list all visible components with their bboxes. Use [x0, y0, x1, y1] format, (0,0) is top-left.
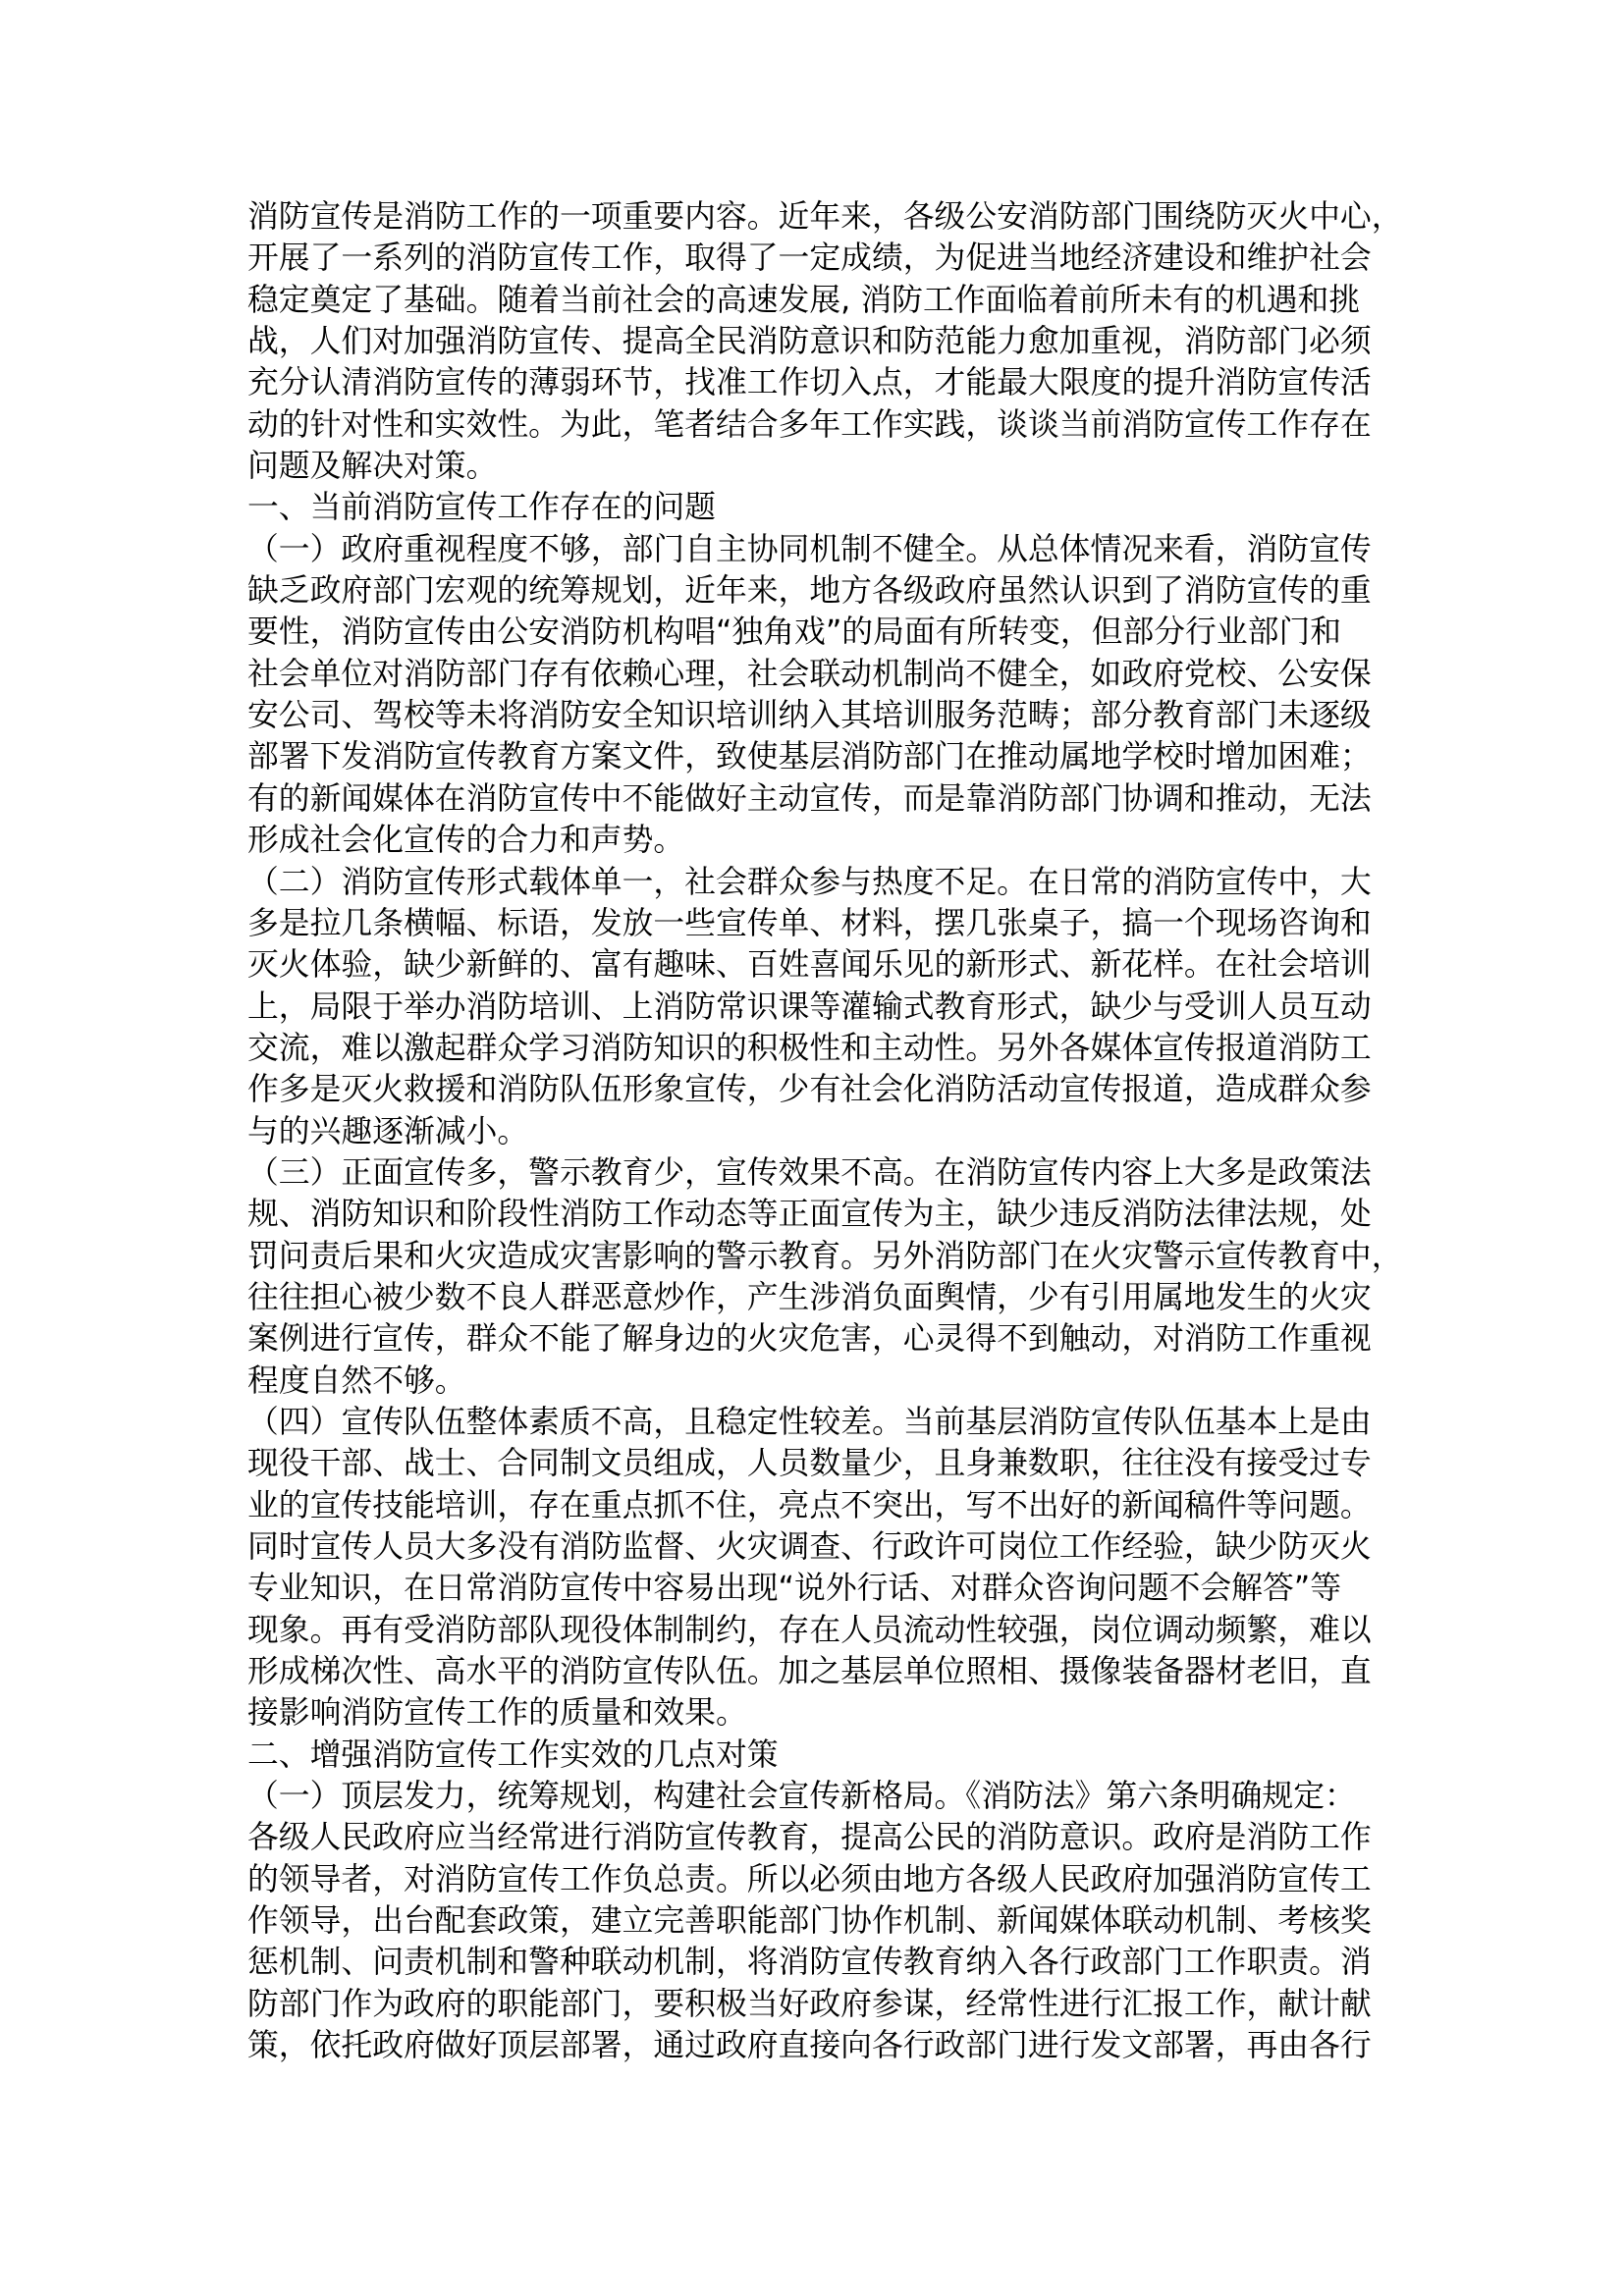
text-line: 与的兴趣逐渐减小。: [247, 1111, 1406, 1152]
document-page: 消防宣传是消防工作的一项重要内容。近年来，各级公安消防部门围绕防灭火中心， 开展…: [0, 0, 1624, 2296]
text-line: 有的新闻媒体在消防宣传中不能做好主动宣传，而是靠消防部门协调和推动，无法: [247, 778, 1406, 820]
text-line: 问题及解决对策。: [247, 446, 1406, 487]
text-line: 接影响消防宣传工作的质量和效果。: [247, 1692, 1406, 1734]
text-line: 形成梯次性、高水平的消防宣传队伍。加之基层单位照相、摄像装备器材老旧，直: [247, 1651, 1406, 1692]
text-line: 安公司、驾校等未将消防安全知识培训纳入其培训服务范畴；部分教育部门未逐级: [247, 695, 1406, 736]
text-line: 防部门作为政府的职能部门，要积极当好政府参谋，经常性进行汇报工作，献计献: [247, 1984, 1406, 2025]
text-line: 上，局限于举办消防培训、上消防常识课等灌输式教育形式，缺少与受训人员互动: [247, 987, 1406, 1028]
text-line: 缺乏政府部门宏观的统筹规划，近年来，地方各级政府虽然认识到了消防宣传的重: [247, 570, 1406, 612]
section-heading-1: 一、当前消防宣传工作存在的问题: [247, 487, 1406, 528]
countermeasure-paragraph-1: （一）顶层发力，统筹规划，构建社会宣传新格局。《消防法》第六条明确规定： 各级人…: [247, 1776, 1406, 2066]
text-line: 案例进行宣传，群众不能了解身边的火灾危害，心灵得不到触动，对消防工作重视: [247, 1318, 1406, 1360]
text-line: 稳定奠定了基础。随着当前社会的高速发展, 消防工作面临着前所未有的机遇和挑: [247, 280, 1406, 321]
problem-paragraph-2: （二）消防宣传形式载体单一，社会群众参与热度不足。在日常的消防宣传中，大 多是拉…: [247, 862, 1406, 1152]
text-line: （四）宣传队伍整体素质不高，且稳定性较差。当前基层消防宣传队伍基本上是由: [247, 1402, 1406, 1443]
text-line: 消防宣传是消防工作的一项重要内容。近年来，各级公安消防部门围绕防灭火中心，: [247, 196, 1406, 238]
text-line: （一）顶层发力，统筹规划，构建社会宣传新格局。《消防法》第六条明确规定：: [247, 1776, 1406, 1817]
text-line: 现象。再有受消防部队现役体制制约，存在人员流动性较强，岗位调动频繁，难以: [247, 1610, 1406, 1651]
text-line: 交流，难以激起群众学习消防知识的积极性和主动性。另外各媒体宣传报道消防工: [247, 1028, 1406, 1069]
text-line: 现役干部、战士、合同制文员组成，人员数量少，且身兼数职，往往没有接受过专: [247, 1443, 1406, 1484]
text-line: 作领导，出台配套政策，建立完善职能部门协作机制、新闻媒体联动机制、考核奖: [247, 1900, 1406, 1942]
heading-line: 一、当前消防宣传工作存在的问题: [247, 487, 1406, 528]
text-line: 程度自然不够。: [247, 1361, 1406, 1402]
document-body: 消防宣传是消防工作的一项重要内容。近年来，各级公安消防部门围绕防灭火中心， 开展…: [247, 196, 1406, 2066]
text-line: 业的宣传技能培训，存在重点抓不住，亮点不突出，写不出好的新闻稿件等问题。: [247, 1485, 1406, 1526]
text-line: 同时宣传人员大多没有消防监督、火灾调查、行政许可岗位工作经验，缺少防灭火: [247, 1526, 1406, 1568]
text-line: 部署下发消防宣传教育方案文件，致使基层消防部门在推动属地学校时增加困难；: [247, 736, 1406, 777]
text-line: 战，人们对加强消防宣传、提高全民消防意识和防范能力愈加重视，消防部门必须: [247, 321, 1406, 362]
text-line: 专业知识，在日常消防宣传中容易出现“说外行话、对群众咨询问题不会解答”等: [247, 1568, 1406, 1609]
heading-line: 二、增强消防宣传工作实效的几点对策: [247, 1735, 1406, 1776]
text-line: 的领导者，对消防宣传工作负总责。所以必须由地方各级人民政府加强消防宣传工: [247, 1859, 1406, 1900]
intro-paragraph: 消防宣传是消防工作的一项重要内容。近年来，各级公安消防部门围绕防灭火中心， 开展…: [247, 196, 1406, 487]
text-line: （三）正面宣传多，警示教育少，宣传效果不高。在消防宣传内容上大多是政策法: [247, 1152, 1406, 1194]
text-line: 要性，消防宣传由公安消防机构唱“独角戏”的局面有所转变，但部分行业部门和: [247, 612, 1406, 653]
text-line: 动的针对性和实效性。为此，笔者结合多年工作实践，谈谈当前消防宣传工作存在: [247, 404, 1406, 446]
text-line: 开展了一系列的消防宣传工作，取得了一定成绩，为促进当地经济建设和维护社会: [247, 238, 1406, 279]
problem-paragraph-3: （三）正面宣传多，警示教育少，宣传效果不高。在消防宣传内容上大多是政策法 规、消…: [247, 1152, 1406, 1402]
text-line: 灭火体验，缺少新鲜的、富有趣味、百姓喜闻乐见的新形式、新花样。在社会培训: [247, 944, 1406, 986]
text-line: 社会单位对消防部门存有依赖心理，社会联动机制尚不健全，如政府党校、公安保: [247, 654, 1406, 695]
text-line: 作多是灭火救援和消防队伍形象宣传，少有社会化消防活动宣传报道，造成群众参: [247, 1069, 1406, 1110]
text-line: 策，依托政府做好顶层部署，通过政府直接向各行政部门进行发文部署，再由各行: [247, 2025, 1406, 2066]
text-line: 罚问责后果和火灾造成灾害影响的警示教育。另外消防部门在火灾警示宣传教育中，: [247, 1236, 1406, 1277]
text-line: 惩机制、问责机制和警种联动机制，将消防宣传教育纳入各行政部门工作职责。消: [247, 1942, 1406, 1983]
text-line: 多是拉几条横幅、标语，发放一些宣传单、材料，摆几张桌子，搞一个现场咨询和: [247, 903, 1406, 944]
text-line: 充分认清消防宣传的薄弱环节，找准工作切入点，才能最大限度的提升消防宣传活: [247, 362, 1406, 403]
problem-paragraph-1: （一）政府重视程度不够，部门自主协同机制不健全。从总体情况来看，消防宣传 缺乏政…: [247, 529, 1406, 862]
text-line: 形成社会化宣传的合力和声势。: [247, 820, 1406, 861]
text-line: 规、消防知识和阶段性消防工作动态等正面宣传为主，缺少违反消防法律法规，处: [247, 1194, 1406, 1235]
text-line: 各级人民政府应当经常进行消防宣传教育，提高公民的消防意识。政府是消防工作: [247, 1817, 1406, 1858]
text-line: 往往担心被少数不良人群恶意炒作，产生涉消负面舆情，少有引用属地发生的火灾: [247, 1277, 1406, 1318]
text-line: （一）政府重视程度不够，部门自主协同机制不健全。从总体情况来看，消防宣传: [247, 529, 1406, 570]
text-line: （二）消防宣传形式载体单一，社会群众参与热度不足。在日常的消防宣传中，大: [247, 862, 1406, 903]
problem-paragraph-4: （四）宣传队伍整体素质不高，且稳定性较差。当前基层消防宣传队伍基本上是由 现役干…: [247, 1402, 1406, 1735]
section-heading-2: 二、增强消防宣传工作实效的几点对策: [247, 1735, 1406, 1776]
